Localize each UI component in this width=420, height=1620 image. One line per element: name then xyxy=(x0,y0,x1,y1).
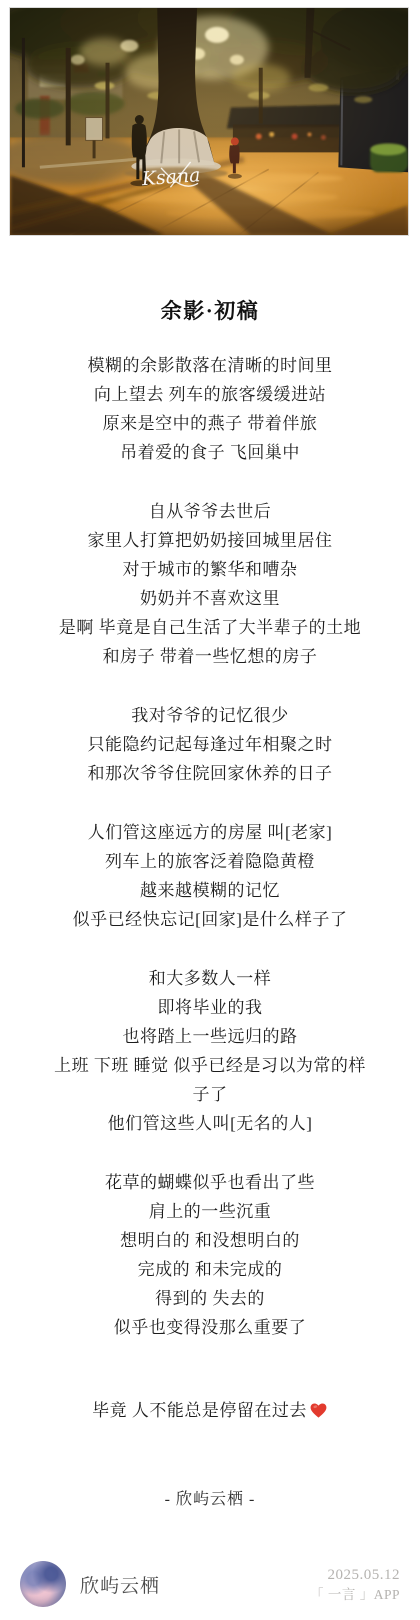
poem-line: 肩上的一些沉重 xyxy=(24,1197,396,1226)
username: 欣屿云栖 xyxy=(80,1571,160,1598)
poem-line: 是啊 毕竟是自己生活了大半辈子的土地 xyxy=(24,613,396,642)
poem-line: 即将毕业的我 xyxy=(24,993,396,1022)
poem-line: 和大多数人一样 xyxy=(24,964,396,993)
header-photo: Ksana xyxy=(10,8,408,235)
poem-line: 对于城市的繁华和嘈杂 xyxy=(24,555,396,584)
poem-line: 奶奶并不喜欢这里 xyxy=(24,584,396,613)
poem-line: 人们管这座远方的房屋 叫[老家] xyxy=(24,818,396,847)
poem-line: 自从爷爷去世后 xyxy=(24,497,396,526)
poem-line: 列车上的旅客泛着隐隐黄橙 xyxy=(24,847,396,876)
poem-stanza: 花草的蝴蝶似乎也看出了些肩上的一些沉重想明白的 和没想明白的完成的 和未完成的得… xyxy=(24,1168,396,1342)
poem-line: 似乎也变得没那么重要了 xyxy=(24,1313,396,1342)
poem-line: 完成的 和未完成的 xyxy=(24,1255,396,1284)
date-label: 2025.05.12 xyxy=(310,1565,400,1585)
user-avatar xyxy=(20,1561,66,1607)
closing-text: 毕竟 人不能总是停留在过去 xyxy=(92,1396,307,1425)
poem-stanza: 和大多数人一样即将毕业的我也将踏上一些远归的路上班 下班 睡觉 似乎已经是习以为… xyxy=(24,964,396,1138)
poem-line: 想明白的 和没想明白的 xyxy=(24,1226,396,1255)
poem-line: 子了 xyxy=(24,1080,396,1109)
poem-line: 家里人打算把奶奶接回城里居住 xyxy=(24,526,396,555)
poem-line: 似乎已经快忘记[回家]是什么样子了 xyxy=(24,905,396,934)
app-label: 「 一言 」APP xyxy=(310,1585,400,1604)
poem-stanza: 模糊的余影散落在清晰的时间里向上望去 列车的旅客缓缓进站原来是空中的燕子 带着伴… xyxy=(24,351,396,467)
poem-line: 越来越模糊的记忆 xyxy=(24,876,396,905)
red-heart-icon xyxy=(309,1401,328,1420)
card-footer: 欣屿云栖 2025.05.12 「 一言 」APP xyxy=(0,1558,420,1610)
poem-closing-line: 毕竟 人不能总是停留在过去 xyxy=(24,1396,396,1425)
share-card: { "photo": { "watermark": "Ksana" }, "po… xyxy=(0,0,420,1620)
poem-line: 向上望去 列车的旅客缓缓进站 xyxy=(24,380,396,409)
poem-line: 我对爷爷的记忆很少 xyxy=(24,701,396,730)
card-meta: 2025.05.12 「 一言 」APP xyxy=(310,1565,400,1604)
poem-line: 和房子 带着一些忆想的房子 xyxy=(24,642,396,671)
poem-stanza: 我对爷爷的记忆很少只能隐约记起每逢过年相聚之时和那次爷爷住院回家休养的日子 xyxy=(24,701,396,788)
poem-stanza: 人们管这座远方的房屋 叫[老家]列车上的旅客泛着隐隐黄橙越来越模糊的记忆似乎已经… xyxy=(24,818,396,934)
poem-line: 吊着爱的食子 飞回巢中 xyxy=(24,438,396,467)
poem-title: 余影·初稿 xyxy=(0,295,420,325)
poem-line: 原来是空中的燕子 带着伴旅 xyxy=(24,409,396,438)
poem-line: 上班 下班 睡觉 似乎已经是习以为常的样 xyxy=(24,1051,396,1080)
poem-line: 花草的蝴蝶似乎也看出了些 xyxy=(24,1168,396,1197)
poem-content: 余影·初稿 模糊的余影散落在清晰的时间里向上望去 列车的旅客缓缓进站原来是空中的… xyxy=(0,237,420,1509)
poem-line: 也将踏上一些远归的路 xyxy=(24,1022,396,1051)
poem-stanzas: 模糊的余影散落在清晰的时间里向上望去 列车的旅客缓缓进站原来是空中的燕子 带着伴… xyxy=(0,351,420,1342)
poem-line: 只能隐约记起每逢过年相聚之时 xyxy=(24,730,396,759)
park-sunset-illustration: Ksana xyxy=(10,8,408,235)
poem-line: 模糊的余影散落在清晰的时间里 xyxy=(24,351,396,380)
poem-line: 和那次爷爷住院回家休养的日子 xyxy=(24,759,396,788)
poem-line: 他们管这些人叫[无名的人] xyxy=(24,1109,396,1138)
author-signature: - 欣屿云栖 - xyxy=(0,1486,420,1509)
poem-stanza: 自从爷爷去世后家里人打算把奶奶接回城里居住对于城市的繁华和嘈杂奶奶并不喜欢这里是… xyxy=(24,497,396,671)
poem-line: 得到的 失去的 xyxy=(24,1284,396,1313)
